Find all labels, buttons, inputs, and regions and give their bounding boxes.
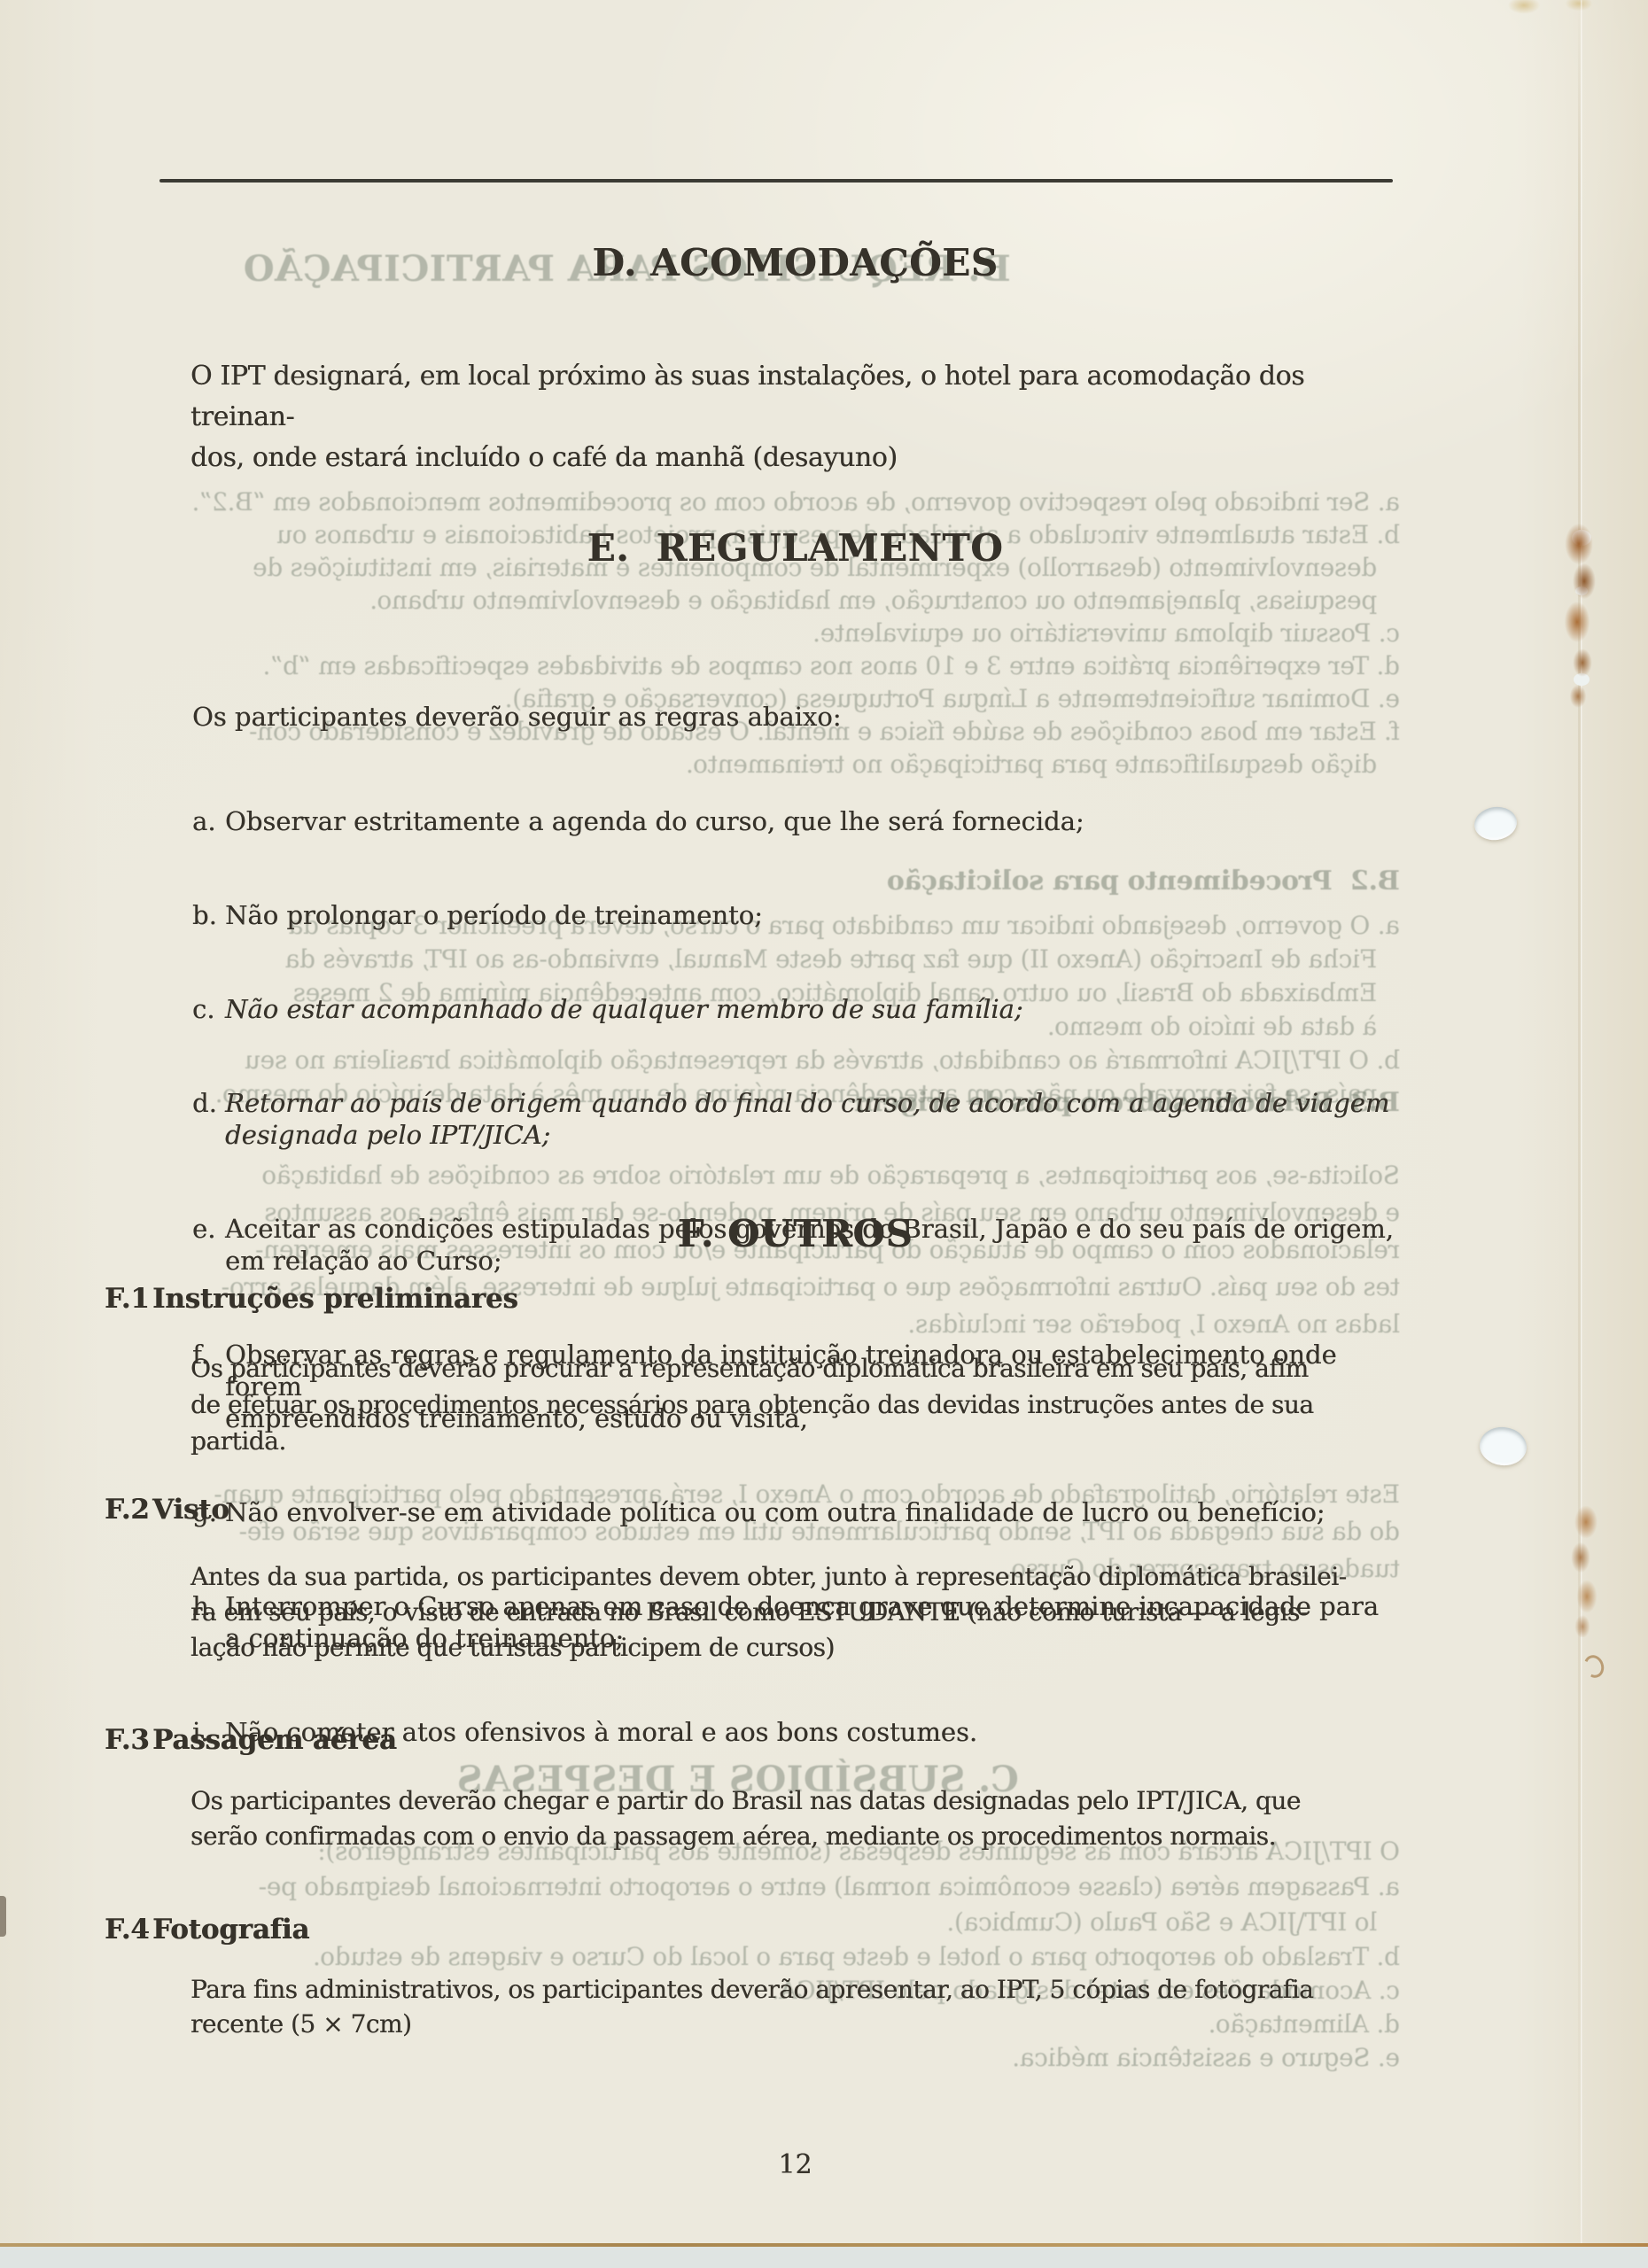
rule-item-d: d. Retornar ao país de origem quando do … xyxy=(192,1087,1397,1151)
subsection-f4-heading: F.4 Fotografia xyxy=(105,1914,1400,1946)
subsection-f4-paragraph: Para fins administrativos, os participan… xyxy=(190,1972,1400,2041)
subsection-f3-paragraph: Os participantes deverão chegar e partir… xyxy=(190,1783,1400,1854)
section-heading-outros: F. OUTROS xyxy=(190,1212,1400,1255)
rule-item-b: b. Não prolongar o período de treinament… xyxy=(192,899,1397,931)
rule-item-text: Retornar ao país de origem quando do fin… xyxy=(225,1087,1397,1151)
subsection-number: F.4 xyxy=(105,1914,152,1946)
rule-item-a: a. Observar estritamente a agenda do cur… xyxy=(192,805,1397,837)
acomodacoes-paragraph: O IPT designará, em local próximo às sua… xyxy=(190,356,1406,478)
subsection-title: Instruções preliminares xyxy=(152,1283,518,1315)
rule-item-letter: b. xyxy=(192,899,225,931)
left-edge-speck xyxy=(0,1896,6,1937)
subsection-f2-heading: F.2 Visto xyxy=(105,1494,1400,1526)
subsection-number: F.3 xyxy=(105,1724,152,1756)
vertical-crease-line xyxy=(1578,0,1581,2247)
subsection-f3-heading: F.3 Passagem aérea xyxy=(105,1724,1400,1756)
section-heading-regulamento: E. REGULAMENTO xyxy=(190,526,1400,570)
subsection-f3: F.3 Passagem aérea Os participantes deve… xyxy=(105,1724,1400,1854)
rule-item-text: Não estar acompanhado de qualquer membro… xyxy=(225,993,1397,1025)
rule-item-letter: a. xyxy=(192,805,225,837)
rust-stain-upper xyxy=(1558,523,1600,713)
rule-item-text: Observar estritamente a agenda do curso,… xyxy=(225,805,1397,837)
subsection-f2: F.2 Visto Antes da sua partida, os parti… xyxy=(105,1494,1400,1666)
subsection-title: Visto xyxy=(152,1494,229,1526)
subsection-f1-paragraph: Os participantes deverão procurar a repr… xyxy=(190,1350,1400,1459)
subsection-number: F.1 xyxy=(105,1283,152,1315)
subsection-title: Fotografia xyxy=(152,1914,309,1946)
punch-hole-top xyxy=(1473,804,1520,843)
rule-item-text: Não prolongar o período de treinamento; xyxy=(225,899,1397,931)
regulamento-intro: Os participantes deverão seguir as regra… xyxy=(192,700,1397,734)
subsection-f2-paragraph: Antes da sua partida, os participantes d… xyxy=(190,1559,1400,1666)
scanner-background-strip xyxy=(0,2247,1648,2268)
top-horizontal-rule xyxy=(159,179,1393,183)
subsection-title: Passagem aérea xyxy=(152,1724,397,1756)
scanned-document-page: B. REQUISITOS PARA PARTICIPAÇÃO a. Ser i… xyxy=(0,0,1648,2268)
rule-item-c: c. Não estar acompanhado de qualquer mem… xyxy=(192,993,1397,1025)
subsection-f1-heading: F.1 Instruções preliminares xyxy=(105,1283,1400,1315)
top-right-stain xyxy=(1497,0,1604,18)
subsection-f4: F.4 Fotografia Para fins administrativos… xyxy=(105,1914,1400,2041)
punch-hole-bottom xyxy=(1478,1425,1528,1467)
page-number: 12 xyxy=(190,2149,1400,2180)
subsection-number: F.2 xyxy=(105,1494,152,1526)
rule-item-letter: c. xyxy=(192,993,225,1025)
ink-curl-mark xyxy=(1581,1652,1607,1681)
rule-item-letter: d. xyxy=(192,1087,225,1151)
paper-sheet: B. REQUISITOS PARA PARTICIPAÇÃO a. Ser i… xyxy=(0,0,1648,2247)
rust-stain-lower xyxy=(1563,1504,1604,1637)
subsection-f1: F.1 Instruções preliminares Os participa… xyxy=(105,1283,1400,1459)
section-heading-acomodacoes: D. ACOMODAÇÕES xyxy=(190,241,1400,284)
